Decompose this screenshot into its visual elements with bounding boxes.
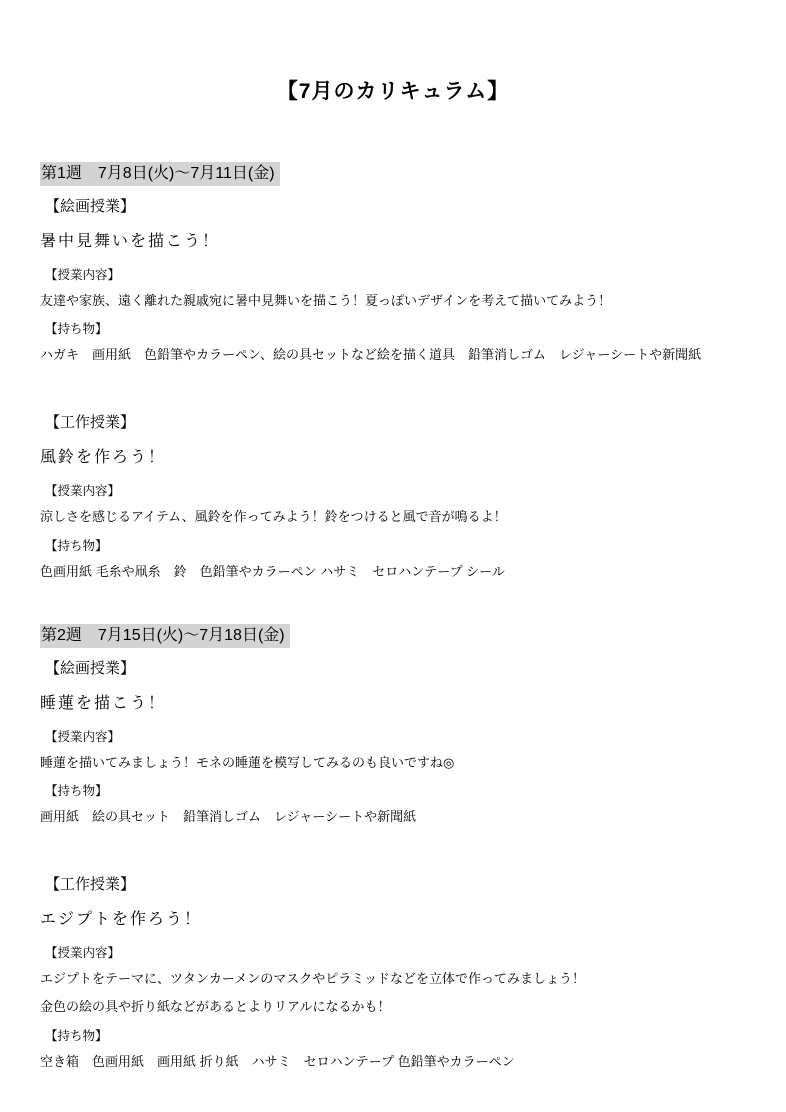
document-page: 【7月のカリキュラム】 第1週 7月8日(火)～7月11日(金) 【絵画授業】 … xyxy=(0,0,786,1112)
lesson-type-label: 【絵画授業】 xyxy=(45,195,746,216)
page-title: 【7月のカリキュラム】 xyxy=(40,75,746,105)
week-2-painting-lesson: 【絵画授業】 睡蓮を描こう！ 【授業内容】 睡蓮を描いてみましょう！モネの睡蓮を… xyxy=(40,657,746,828)
items-text: 色画用紙 毛糸や凧糸 鈴 色鉛筆やカラーペン ハサミ セロハンテープ シール xyxy=(40,563,746,582)
content-label: 【授業内容】 xyxy=(45,481,746,499)
content-text: エジプトをテーマに、ツタンカーメンのマスクやピラミッドなどを立体で作ってみましょ… xyxy=(40,970,746,989)
lesson-title: エジプトを作ろう！ xyxy=(40,906,746,929)
week-2-craft-lesson: 【工作授業】 エジプトを作ろう！ 【授業内容】 エジプトをテーマに、ツタンカーメ… xyxy=(40,873,746,1072)
week-1-craft-lesson: 【工作授業】 風鈴を作ろう！ 【授業内容】 涼しさを感じるアイテム、風鈴を作って… xyxy=(40,411,746,582)
lesson-type-label: 【工作授業】 xyxy=(45,873,746,894)
week-1-painting-lesson: 【絵画授業】 暑中見舞いを描こう！ 【授業内容】 友達や家族、遠く離れた親戚宛に… xyxy=(40,195,746,366)
items-label: 【持ち物】 xyxy=(45,1026,746,1044)
items-text: ハガキ 画用紙 色鉛筆やカラーペン、絵の具セットなど絵を描く道具 鉛筆消しゴム … xyxy=(40,346,746,365)
week-1-header: 第1週 7月8日(火)～7月11日(金) xyxy=(40,162,280,186)
week-section-2: 第2週 7月15日(火)～7月18日(金) 【絵画授業】 睡蓮を描こう！ 【授業… xyxy=(40,624,746,1072)
content-label: 【授業内容】 xyxy=(45,727,746,745)
content-text: 金色の絵の具や折り紙などがあるとよりリアルになるかも！ xyxy=(40,998,746,1017)
items-label: 【持ち物】 xyxy=(45,781,746,799)
content-label: 【授業内容】 xyxy=(45,943,746,961)
content-label: 【授業内容】 xyxy=(45,265,746,283)
content-text: 睡蓮を描いてみましょう！モネの睡蓮を模写してみるのも良いですね◎ xyxy=(40,754,746,773)
lesson-title: 睡蓮を描こう！ xyxy=(40,690,746,713)
content-text: 涼しさを感じるアイテム、風鈴を作ってみよう！鈴をつけると風で音が鳴るよ！ xyxy=(40,508,746,527)
items-label: 【持ち物】 xyxy=(45,536,746,554)
lesson-title: 風鈴を作ろう！ xyxy=(40,444,746,467)
items-text: 画用紙 絵の具セット 鉛筆消しゴム レジャーシートや新聞紙 xyxy=(40,808,746,827)
week-section-1: 第1週 7月8日(火)～7月11日(金) 【絵画授業】 暑中見舞いを描こう！ 【… xyxy=(40,162,746,582)
items-label: 【持ち物】 xyxy=(45,319,746,337)
lesson-type-label: 【絵画授業】 xyxy=(45,657,746,678)
items-text: 空き箱 色画用紙 画用紙 折り紙 ハサミ セロハンテープ 色鉛筆やカラーペン xyxy=(40,1053,746,1072)
week-2-header: 第2週 7月15日(火)～7月18日(金) xyxy=(40,624,290,648)
lesson-type-label: 【工作授業】 xyxy=(45,411,746,432)
lesson-title: 暑中見舞いを描こう！ xyxy=(40,228,746,251)
content-text: 友達や家族、遠く離れた親戚宛に暑中見舞いを描こう！夏っぽいデザインを考えて描いて… xyxy=(40,292,746,311)
